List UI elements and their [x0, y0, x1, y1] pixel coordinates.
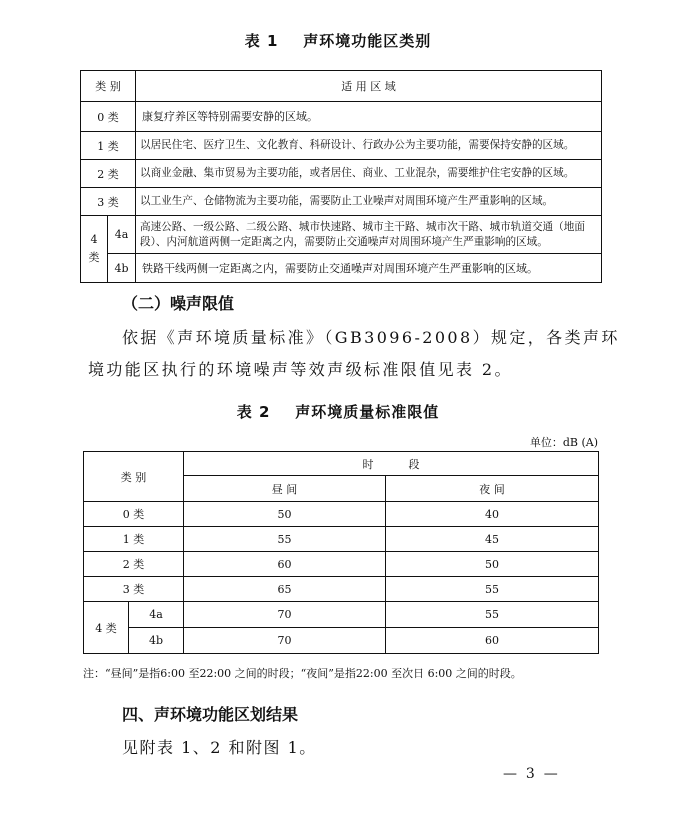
table2-header-category: 类 别	[84, 452, 184, 502]
day-value: 70	[184, 602, 386, 628]
category-cell: 3 类	[81, 188, 136, 216]
category-cell: 2 类	[81, 160, 136, 188]
category-cell-group4: 4 类	[81, 216, 108, 283]
table1-header-category: 类 别	[81, 71, 136, 102]
day-value: 65	[184, 577, 386, 602]
subcategory-cell: 4a	[129, 602, 184, 628]
description-cell: 以居民住宅、医疗卫生、文化教育、科研设计、行政办公为主要功能，需要保持安静的区域…	[136, 132, 602, 160]
day-value: 50	[184, 502, 386, 527]
night-value: 60	[386, 628, 599, 654]
table1-caption: 表 1 声环境功能区类别	[0, 30, 676, 51]
category-cell: 1 类	[81, 132, 136, 160]
table-row: 1 类 55 45	[84, 527, 599, 552]
table-row: 3 类 以工业生产、仓储物流为主要功能，需要防止工业噪声对周围环境产生严重影响的…	[81, 188, 602, 216]
table2-header-night: 夜 间	[386, 476, 599, 502]
day-value: 60	[184, 552, 386, 577]
section-heading-noise-limits: （二）噪声限值	[122, 291, 234, 314]
table2-header-period: 时 段	[184, 452, 599, 476]
night-value: 55	[386, 577, 599, 602]
section-heading-zoning-results: 四、声环境功能区划结果	[122, 702, 298, 725]
paragraph-line: 境功能区执行的环境噪声等效声级标准限值见表 2。	[88, 357, 513, 380]
description-cell: 铁路干线两侧一定距离之内，需要防止交通噪声对周围环境产生严重影响的区域。	[136, 254, 602, 283]
description-cell: 高速公路、一级公路、二级公路、城市快速路、城市主干路、城市次干路、城市轨道交通（…	[136, 216, 602, 254]
table-row: 4b 70 60	[84, 628, 599, 654]
table2-header-day: 昼 间	[184, 476, 386, 502]
table-row: 0 类 50 40	[84, 502, 599, 527]
table-row: 4 类 4a 高速公路、一级公路、二级公路、城市快速路、城市主干路、城市次干路、…	[81, 216, 602, 254]
table2-note: 注：“昼间”是指6:00 至22:00 之间的时段；“夜间”是指22:00 至次…	[83, 665, 522, 681]
table1-header-area: 适 用 区 域	[136, 71, 602, 102]
category-cell: 3 类	[84, 577, 184, 602]
table-row: 0 类 康复疗养区等特别需要安静的区域。	[81, 102, 602, 132]
night-value: 40	[386, 502, 599, 527]
table-row: 2 类 以商业金融、集市贸易为主要功能，或者居住、商业、工业混杂，需要维护住宅安…	[81, 160, 602, 188]
group4-number: 4	[81, 231, 107, 249]
category-cell: 0 类	[84, 502, 184, 527]
table-row: 4 类 4a 70 55	[84, 602, 599, 628]
description-cell: 以商业金融、集市贸易为主要功能，或者居住、商业、工业混杂，需要维护住宅安静的区域…	[136, 160, 602, 188]
description-cell: 康复疗养区等特别需要安静的区域。	[136, 102, 602, 132]
subcategory-cell: 4b	[129, 628, 184, 654]
table1-header-row: 类 别 适 用 区 域	[81, 71, 602, 102]
paragraph-line: 依据《声环境质量标准》（GB3096-2008）规定，各类声环	[122, 325, 620, 348]
night-value: 45	[386, 527, 599, 552]
night-value: 50	[386, 552, 599, 577]
category-cell-group4: 4 类	[84, 602, 129, 654]
table-row: 1 类 以居民住宅、医疗卫生、文化教育、科研设计、行政办公为主要功能，需要保持安…	[81, 132, 602, 160]
table-row: 2 类 60 50	[84, 552, 599, 577]
subcategory-cell: 4a	[108, 216, 136, 254]
table2-caption: 表 2 声环境质量标准限值	[0, 401, 676, 422]
category-cell: 2 类	[84, 552, 184, 577]
subcategory-cell: 4b	[108, 254, 136, 283]
page-number: — 3 —	[503, 766, 558, 782]
category-cell: 0 类	[81, 102, 136, 132]
table2-noise-limit-standards: 类 别 时 段 昼 间 夜 间 0 类 50 40 1 类 55 45 2 类 …	[83, 451, 599, 654]
paragraph-line: 见附表 1、2 和附图 1。	[122, 735, 317, 758]
category-cell: 1 类	[84, 527, 184, 552]
table-row: 4b 铁路干线两侧一定距离之内，需要防止交通噪声对周围环境产生严重影响的区域。	[81, 254, 602, 283]
table-row: 3 类 65 55	[84, 577, 599, 602]
unit-label: 单位：dB (A)	[530, 434, 598, 450]
day-value: 55	[184, 527, 386, 552]
description-cell: 以工业生产、仓储物流为主要功能，需要防止工业噪声对周围环境产生严重影响的区域。	[136, 188, 602, 216]
day-value: 70	[184, 628, 386, 654]
night-value: 55	[386, 602, 599, 628]
table2-header-row: 类 别 时 段	[84, 452, 599, 476]
group4-class: 类	[81, 249, 107, 267]
table1-functional-zone-categories: 类 别 适 用 区 域 0 类 康复疗养区等特别需要安静的区域。 1 类 以居民…	[80, 70, 602, 283]
